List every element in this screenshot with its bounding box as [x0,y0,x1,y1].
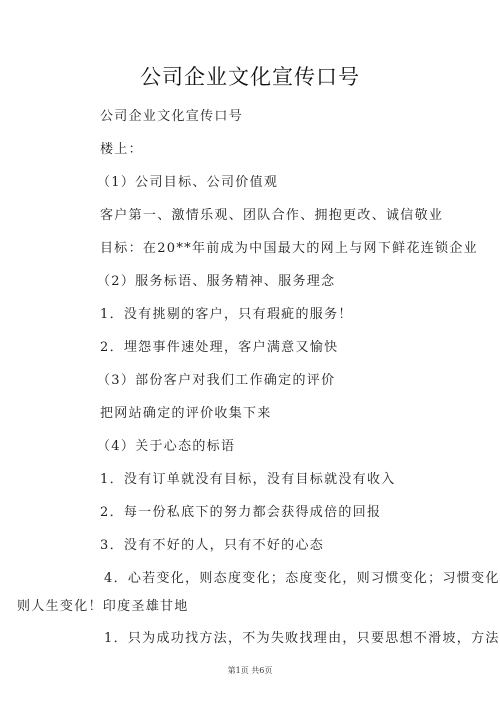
section-heading-1: （1）公司目标、公司价值观 [97,171,278,190]
paragraph-label: 楼上： [100,138,143,157]
list-item: 2．每一份私底下的努力都会获得成倍的回报 [100,501,381,520]
list-item-continuation: 则人生变化！印度圣雄甘地 [17,595,189,614]
paragraph: 把网站确定的评价收集下来 [100,402,272,421]
list-item: 3．没有不好的人，只有不好的心态 [100,534,324,553]
list-item: 2．埋怨事件速处理，客户满意又愉快 [100,336,338,355]
list-item: 4．心若变化，则态度变化；态度变化，则习惯变化；习惯变化， [104,567,500,586]
list-item: 1．没有挑剔的客户，只有瑕疵的服务！ [100,303,353,322]
section-heading-2: （2）服务标语、服务精神、服务理念 [97,270,335,289]
section-heading-3: （3）部份客户对我们工作确定的评价 [97,369,335,388]
paragraph-subtitle: 公司企业文化宣传口号 [100,105,243,124]
paragraph-goal: 目标：在20**年前成为中国最大的网上与网下鲜花连锁企业 [100,237,478,256]
list-item: 1．没有订单就没有目标，没有目标就没有收入 [100,468,396,487]
section-heading-4: （4）关于心态的标语 [97,435,235,454]
document-title: 公司企业文化宣传口号 [0,61,500,91]
paragraph-values: 客户第一、激情乐观、团队合作、拥抱更改、诚信敬业 [100,204,443,223]
page-indicator: 第1页 共6页 [0,665,500,676]
list-item: 1．只为成功找方法，不为失败找理由，只要思想不滑坡，方法 [104,627,500,646]
